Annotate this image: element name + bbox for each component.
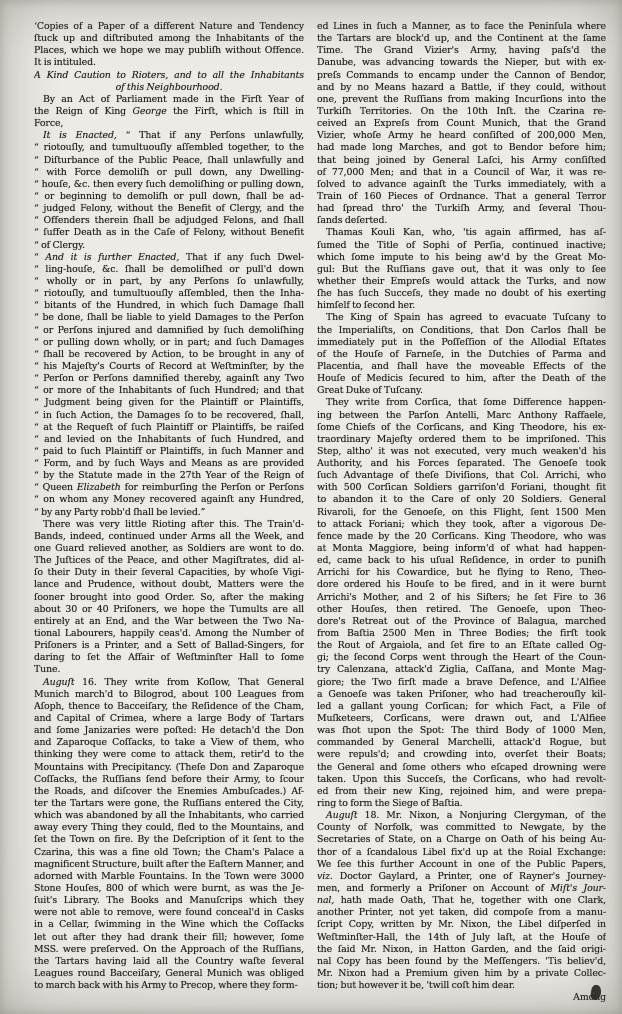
text-line: Time. The Grand Vizier's Army, having pa…	[317, 45, 606, 57]
paragraph: “ And it is further Enacted, That if any…	[34, 252, 304, 519]
text-line: fence made by the 20 Corſicans. King The…	[317, 531, 606, 543]
text-line: Houſe of Medicis ſecured to him, after t…	[317, 373, 606, 385]
text-line: Secretaries of State, on a Charge on Oat…	[317, 834, 606, 846]
text-line: one Guard relieved another, as Soldiers …	[34, 543, 304, 555]
text-line: the Roads, and diſcover the Enemies Ambu…	[34, 786, 304, 798]
text-line: ſolved to advance againſt the Turks imme…	[317, 179, 606, 191]
text-line: commanded by General Marchelli, attack'd…	[317, 737, 606, 749]
text-line: which was abandoned by all the Inhabitan…	[34, 810, 304, 822]
paragraph: There was very little Rioting after this…	[34, 519, 304, 677]
text-line: ed from their new King, rejoined him, an…	[317, 786, 606, 798]
text-line: dore ordered his Houſe to be fired, and …	[317, 579, 606, 591]
text-line: The King of Spain has agreed to evacuate…	[317, 312, 606, 324]
catchword: Among	[317, 992, 606, 1004]
text-line: at Monta Maggiore, being inform'd of wha…	[317, 543, 606, 555]
text-line: “ houſe, &c. then every ſuch demoliſhing…	[34, 179, 304, 191]
text-line: Stone Houſes, 800 of which were burnt, a…	[34, 883, 304, 895]
text-line: MSS. were preſerved. On the Approach of …	[34, 944, 304, 956]
paragraph: Auguſt 18. Mr. Nixon, a Nonjuring Clergy…	[317, 810, 606, 992]
text-line: Thamas Kouli Kan, who, 'tis again affirm…	[317, 227, 606, 239]
text-line: and Zaparoque Coſſacks, to take a View o…	[34, 737, 304, 749]
text-line: “ riotouſly, and tumultuouſly aſſembled,…	[34, 288, 304, 300]
text-line: ſo their Duty in their ſeveral Capacitie…	[34, 567, 304, 579]
text-line: were repuls'd; and crowding into, overſe…	[317, 749, 606, 761]
text-line: ſtuck up and diſtributed among the Inhab…	[34, 33, 304, 45]
text-line: the Tartars having laid all the Country …	[34, 956, 304, 968]
text-line: ter the Tartars were gone, the Ruſſians …	[34, 798, 304, 810]
text-line: the Rout of Argaiola, and ſet fire to an…	[317, 640, 606, 652]
text-line: taken. Upon this Succeſs, the Corſicans,…	[317, 774, 606, 786]
text-line: “ or pulling down wholly, or in part; an…	[34, 337, 304, 349]
text-line: Vizier, whoſe Army he heard conſiſted of…	[317, 130, 606, 142]
text-line: giore; the Two firſt made a brave Defenc…	[317, 677, 606, 689]
text-line: himſelf to ſecond her.	[317, 300, 606, 312]
text-line: Auguſt 18. Mr. Nixon, a Nonjuring Clergy…	[317, 810, 606, 822]
text-line: ed, came back to his uſual Reſidence, in…	[317, 555, 606, 567]
text-line: ſhe has ſuch Succeſs, they made no doubt…	[317, 288, 606, 300]
text-line: “ ling-houſe, &c. ſhall be demoliſhed or…	[34, 264, 304, 276]
text-line: and Capital of Crimea, where a large Bod…	[34, 713, 304, 725]
text-line: Muſketeers, Corſicans, were drawn out, a…	[317, 713, 606, 725]
text-line: had ſpread thro' the Turkiſh Army, and ſ…	[317, 203, 606, 215]
text-line: ed Lines in ſuch a Manner, as to face th…	[317, 21, 606, 33]
paragraph: ed Lines in ſuch a Manner, as to face th…	[317, 21, 606, 227]
text-line: that being joined by General Laſci, his …	[317, 155, 606, 167]
text-line: of this Neighbourhood.	[34, 82, 304, 94]
text-line: about 30 or 40 Priſoners, we hope the Tu…	[34, 604, 304, 616]
text-line: “ with Force demoliſh or pull down, any …	[34, 167, 304, 179]
text-line: “ Queen Elizabeth for reimburſing the Pe…	[34, 482, 304, 494]
text-line: to attack Foriani; which they took, afte…	[317, 519, 606, 531]
text-line: led a gallant young Corſican; for which …	[317, 701, 606, 713]
text-line: viz. Doctor Gaylard, a Printer, one of R…	[317, 871, 606, 883]
text-line: preſs Commands to encamp under the Canno…	[317, 70, 606, 82]
paragraph: The King of Spain has agreed to evacuate…	[317, 312, 606, 397]
text-line: the Imperialiſts, on Conditions, that Do…	[317, 325, 606, 337]
text-line: had made long Marches, and got to Bendor…	[317, 142, 606, 154]
text-line: ſet the Town on fire. By the Deſcription…	[34, 834, 304, 846]
text-line: Danube, was advancing towards the Nieper…	[317, 57, 606, 69]
text-line: daring to ſet the Affair of Weſtminſter …	[34, 652, 304, 664]
text-line: tion; but however it be, 'twill coſt him…	[317, 980, 606, 992]
text-line: “ and levied on the Inhabitants of ſuch …	[34, 434, 304, 446]
text-line: one, prevent the Ruſſians from making In…	[317, 94, 606, 106]
text-line: “ or beginning to demoliſh or pull down,…	[34, 191, 304, 203]
text-line: in a Cellar, ſwimming in the Wine which …	[34, 919, 304, 931]
text-line: “ by any Party robb'd ſhall be levied.”	[34, 507, 304, 519]
text-line: which ſome impute to his being aw'd by t…	[317, 252, 606, 264]
text-line: Aſoph, thence to Bacceiſary, the Reſiden…	[34, 701, 304, 713]
text-line: thor of a ſcandalous Libel fix'd up at t…	[317, 847, 606, 859]
text-line: of the Houſe of Farneſe, in the Dutchies…	[317, 349, 606, 361]
text-line: Leagues round Bacceiſary, General Munich…	[34, 968, 304, 980]
text-line: Arrichi for his Cowardice, but he flying…	[317, 567, 606, 579]
text-line: ring to form the Siege of Baſtia.	[317, 798, 606, 810]
text-line: ſooner brought into good Order. So, afte…	[34, 592, 304, 604]
text-line: another Printer, not yet taken, did comp…	[317, 907, 606, 919]
text-line: It is Enacted, “ That if any Perſons unl…	[34, 130, 304, 142]
text-line: Mountains with Precipitancy. (Theſe Don …	[34, 762, 304, 774]
text-line: ſands deſerted.	[317, 215, 606, 227]
text-line: “ or Perſons injured and damnified by ſu…	[34, 325, 304, 337]
text-line: “ or more of the Inhabitants of ſuch Hun…	[34, 385, 304, 397]
text-line: Czarina, this was a fine old Town; the C…	[34, 847, 304, 859]
text-line: gul: But the Ruſſians gave out, that it …	[317, 264, 606, 276]
text-line: let out after they had drank their fill;…	[34, 932, 304, 944]
text-line: “ of Clergy.	[34, 240, 304, 252]
text-line: to abandon it to the Care of only 20 Sol…	[317, 494, 606, 506]
text-line: Train of 160 Pieces of Ordnance. That a …	[317, 191, 606, 203]
text-line: Weſtminſter-Hall, the 14th of July laſt,…	[317, 932, 606, 944]
text-line: immediately put in the Poſſeſſion of the…	[317, 337, 606, 349]
text-line: “ Form, and by ſuch Ways and Means as ar…	[34, 458, 304, 470]
text-line: “ And it is further Enacted, That if any…	[34, 252, 304, 264]
text-line: with 500 Corſican Soldiers garriſon'd Fo…	[317, 482, 606, 494]
text-line: the Reign of King George the Firſt, whic…	[34, 106, 304, 118]
text-line: Force,	[34, 118, 304, 130]
text-line: Priſoners is a Printer, and a Sett of Ba…	[34, 640, 304, 652]
text-line: “ at the Requeſt of ſuch Plaintiff or Pl…	[34, 422, 304, 434]
text-line: traordinary Majeſty ordered them to be i…	[317, 434, 606, 446]
text-line: ing between the Parſon Antelli, Marc Ant…	[317, 410, 606, 422]
paragraph: Thamas Kouli Kan, who, 'tis again affirm…	[317, 227, 606, 312]
text-line: Auguſt 16. They write from Koſlow, That …	[34, 677, 304, 689]
text-line: away every Thing they could, fled to the…	[34, 822, 304, 834]
text-line: “ wholly or in part, by any Perſons ſo u…	[34, 276, 304, 288]
text-line: the General and ſome others who eſcaped …	[317, 762, 606, 774]
text-line: By an Act of Parliament made in the Firſ…	[34, 94, 304, 106]
text-line: We ſee this further Account in one of th…	[317, 859, 606, 871]
text-line: Mr. Nixon had a Premium given him by a p…	[317, 968, 606, 980]
text-line: lance and Prudence, without doubt, Matte…	[34, 579, 304, 591]
text-line: nal, hath made Oath, That he, together w…	[317, 895, 606, 907]
text-column-right: ed Lines in ſuch a Manner, as to face th…	[317, 21, 606, 1004]
text-line: ſcript Copy, written by Mr. Nixon, the L…	[317, 919, 606, 931]
text-line: the Tartars are block'd up, and the Cont…	[317, 33, 606, 45]
text-line: There was very little Rioting after this…	[34, 519, 304, 531]
text-line: Turkiſh Territories. On the 10th Inſt. t…	[317, 106, 606, 118]
text-line: of 77,000 Men; and that in a Council of …	[317, 167, 606, 179]
text-line: Tune.	[34, 664, 304, 676]
paragraph: They write from Corſica, that ſome Diffe…	[317, 397, 606, 810]
text-line: magnificent Structure, built after the E…	[34, 859, 304, 871]
text-line: “ bitants of the Hundred, in which ſuch …	[34, 300, 304, 312]
text-line: ceived an Expreſs from Count Munich, tha…	[317, 118, 606, 130]
text-line: ‘Copies of a Paper of a different Nature…	[34, 21, 304, 33]
text-line: ſuch Advantage of theſe Diviſions, that …	[317, 470, 606, 482]
text-line: County of Norfolk, was committed to Newg…	[317, 822, 606, 834]
paragraph: ‘Copies of a Paper of a different Nature…	[34, 21, 304, 70]
text-line: “ in ſuch Action, the Damages ſo to be r…	[34, 410, 304, 422]
text-line: men, and formerly a Priſoner on Account …	[317, 883, 606, 895]
text-line: the ſaid Mr. Nixon, in Hatton Garden, an…	[317, 944, 606, 956]
text-line: nal Copy has been found by the Meſſenger…	[317, 956, 606, 968]
text-line: “ his Majeſty's Courts of Record at Weſt…	[34, 361, 304, 373]
text-line: ſuit's Library. The Books and Manuſcrips…	[34, 895, 304, 907]
text-line: Authority, and his Forces ſeparated. The…	[317, 458, 606, 470]
text-line: tional Labourers, happily ceas'd. Among …	[34, 628, 304, 640]
text-line: Munich march'd to Bilogrod, about 100 Le…	[34, 689, 304, 701]
text-line: “ ſhall be recovered by Action, to be br…	[34, 349, 304, 361]
text-line: “ Judgment being given for the Plaintiff…	[34, 397, 304, 409]
text-line: Rivaroli, for the Genoeſe, on this Fligh…	[317, 507, 606, 519]
paragraph: It is Enacted, “ That if any Perſons unl…	[34, 130, 304, 251]
text-line: “ judged Felony, without the Benefit of …	[34, 203, 304, 215]
text-line: and by no Means hazard a Battle, if they…	[317, 82, 606, 94]
text-line: a Genoeſe was taken Priſoner, who had tr…	[317, 689, 606, 701]
text-line: to march back with his Army to Precop, w…	[34, 980, 304, 992]
newspaper-page: ‘Copies of a Paper of a different Nature…	[0, 0, 622, 1014]
text-line: “ Perſon or Perſons damnified thereby, a…	[34, 373, 304, 385]
text-line: Great Duke of Tuſcany.	[317, 385, 606, 397]
paragraph: Auguſt 16. They write from Koſlow, That …	[34, 677, 304, 993]
text-line: They write from Corſica, that ſome Diffe…	[317, 397, 606, 409]
text-line: Places, which we hope we may publiſh wit…	[34, 45, 304, 57]
text-line: Step, altho' it was not executed, very m…	[317, 446, 606, 458]
text-line: were not able to remove, were found conc…	[34, 907, 304, 919]
text-line: other Houſes, then retired. The Genoeſe,…	[317, 604, 606, 616]
text-line: “ on whom any Money recovered againſt an…	[34, 494, 304, 506]
text-line: and ſome Janizaries were poſted: He deta…	[34, 725, 304, 737]
text-line: was ſhot upon the Spot: The third Body o…	[317, 725, 606, 737]
text-line: try Calenzana, attack'd Ziglia, Caſſana,…	[317, 664, 606, 676]
text-line: Bands, indeed, continued under Arms all …	[34, 531, 304, 543]
text-line: whether their Empreſs would attack the T…	[317, 276, 606, 288]
paragraph: By an Act of Parliament made in the Firſ…	[34, 94, 304, 130]
text-line: from Baſtia 2500 Men in Three Bodies; th…	[317, 628, 606, 640]
text-line: “ be done, ſhall be liable to yield Dama…	[34, 312, 304, 324]
text-line: “ ſuffer Death as in the Caſe of Felony,…	[34, 227, 304, 239]
text-line: ſumed the Title of Sophi of Perſia, cont…	[317, 240, 606, 252]
text-line: The Juſtices of the Peace, and other Mag…	[34, 555, 304, 567]
text-line: adorned with Marble Fountains. In the To…	[34, 871, 304, 883]
paragraph: A Kind Caution to Rioters, and to all th…	[34, 70, 304, 94]
text-line: Arrichi's Mother, and 2 of his Siſters; …	[317, 592, 606, 604]
text-line: ſome Chiefs of the Corſicans, and King T…	[317, 422, 606, 434]
text-column-left: ‘Copies of a Paper of a different Nature…	[34, 21, 304, 992]
text-line: Among	[317, 992, 606, 1004]
text-line: “ paid to ſuch Plaintiff or Plaintiffs, …	[34, 446, 304, 458]
text-line: thinking they were come to attack them, …	[34, 749, 304, 761]
text-line: “ Offenders therein ſhall be adjudged Fe…	[34, 215, 304, 227]
text-line: entirely at an End, and the War between …	[34, 616, 304, 628]
text-line: “ Diſturbance of the Public Peace, ſhall…	[34, 155, 304, 167]
text-line: dore's Retreat out of the Province of Ba…	[317, 616, 606, 628]
text-line: gi; the ſecond Corps went through the He…	[317, 652, 606, 664]
text-line: Placentia, and ſhall have the moveable E…	[317, 361, 606, 373]
text-line: It is intituled.	[34, 57, 304, 69]
text-line: “ by the Statute made in the 27th Year o…	[34, 470, 304, 482]
text-line: A Kind Caution to Rioters, and to all th…	[34, 70, 304, 82]
text-line: Coſſacks, the Ruſſians ſend before their…	[34, 774, 304, 786]
text-line: “ riotouſly, and tumultuouſly aſſembled …	[34, 142, 304, 154]
